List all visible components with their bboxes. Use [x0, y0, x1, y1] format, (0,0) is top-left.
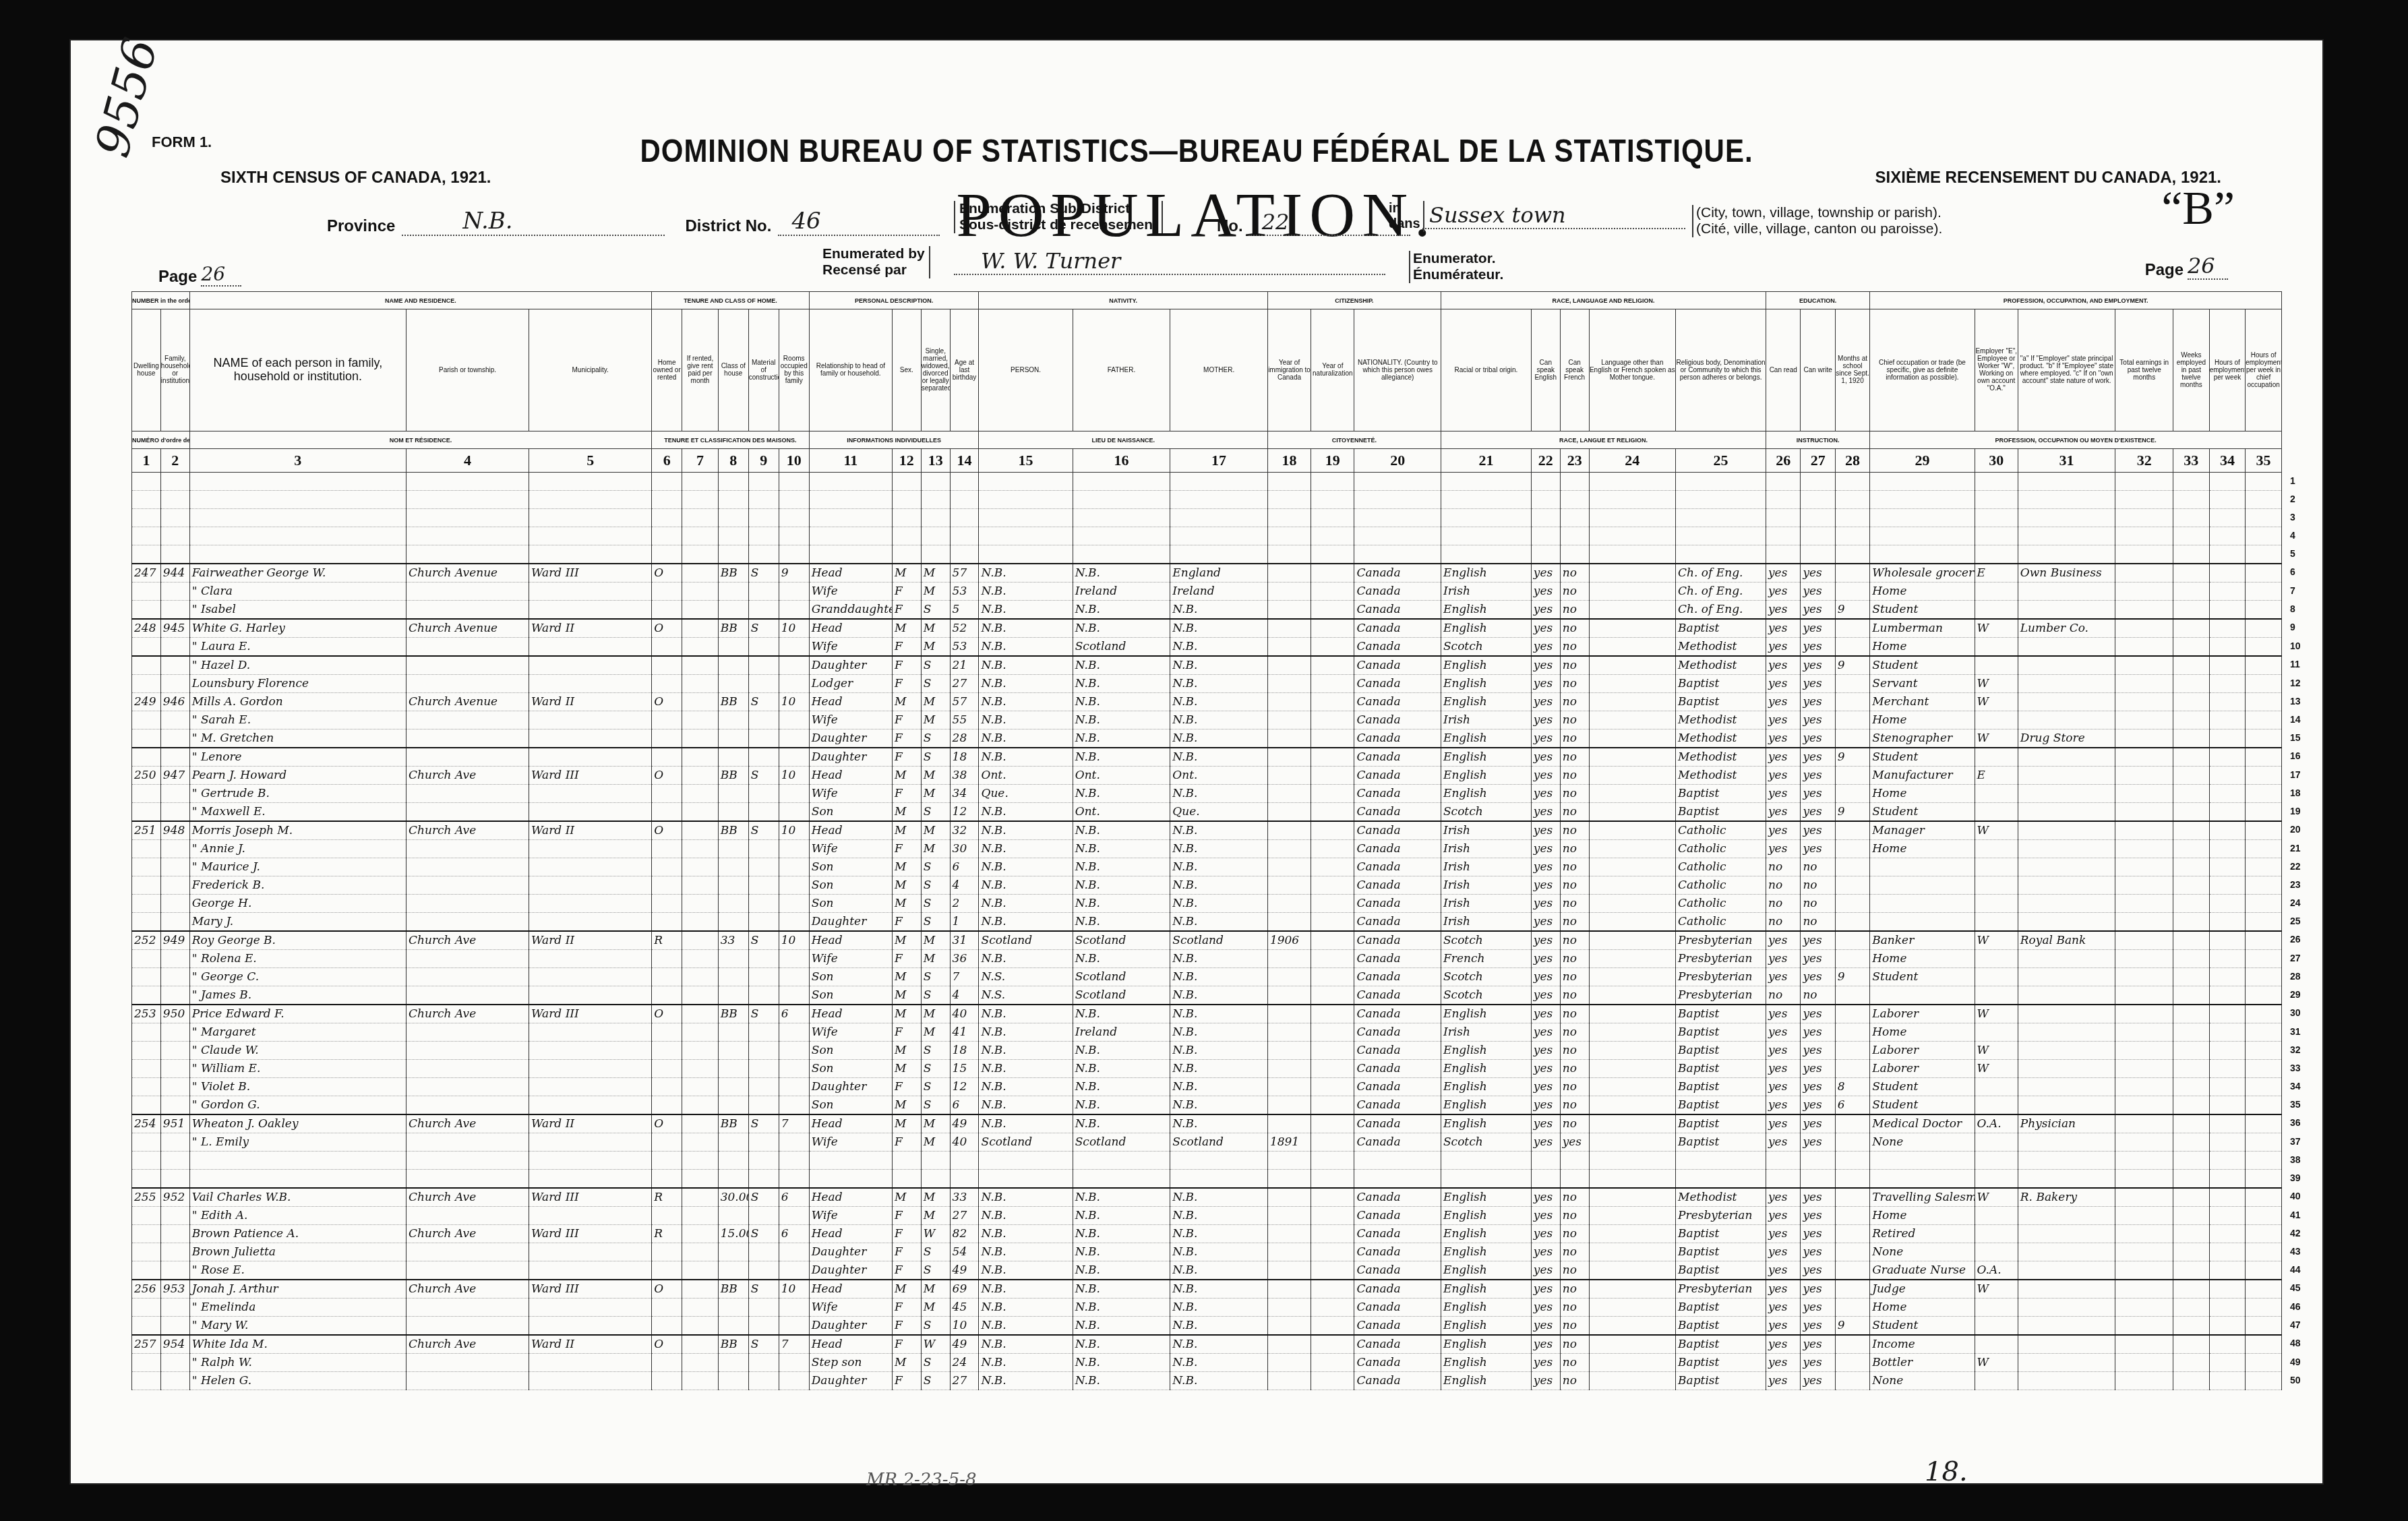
- cell-tenure: [652, 1261, 682, 1280]
- column-number: 21: [1441, 449, 1531, 473]
- cell-occ: Student: [1870, 748, 1975, 767]
- cell-pob: N.B.: [979, 1317, 1073, 1336]
- cell-mar: M: [921, 1133, 950, 1152]
- cell-mar: S: [921, 1354, 950, 1372]
- cell-mlang: [1589, 1335, 1676, 1354]
- cell-mar: S: [921, 1042, 950, 1060]
- cell-name: " Gertrude B.: [189, 785, 406, 803]
- cell-pobf: N.B.: [1073, 729, 1170, 748]
- cell-earn: [2115, 1096, 2173, 1115]
- cell-muni: [529, 473, 652, 491]
- cell-mat: [748, 1261, 779, 1280]
- cell-mlang: [1589, 1299, 1676, 1317]
- cell-sex: M: [892, 968, 921, 986]
- cell-write: yes: [1801, 1299, 1835, 1317]
- cell-where: [2018, 545, 2115, 564]
- cell-race: English: [1441, 1243, 1531, 1261]
- cell-hours: [2209, 564, 2246, 583]
- cell-pobm: Ireland: [1170, 583, 1268, 601]
- cell-rel: Daughter: [809, 1372, 892, 1390]
- column-number: 19: [1311, 449, 1354, 473]
- cell-mat: S: [748, 931, 779, 950]
- cell-street: Church Ave: [407, 931, 529, 950]
- cell-emp: W: [1975, 931, 2018, 950]
- cell-fr: no: [1560, 1114, 1589, 1133]
- cell-mat: [748, 583, 779, 601]
- cell-imm: [1267, 1354, 1311, 1372]
- cell-age: 5: [950, 601, 979, 620]
- cell-imm: [1267, 509, 1311, 527]
- cell-muni: [529, 840, 652, 858]
- cell-sch: [1835, 840, 1869, 858]
- cell-rel-body: Ch. of Eng.: [1676, 601, 1766, 620]
- cell-earn: [2115, 803, 2173, 822]
- cell-eng: yes: [1531, 913, 1560, 932]
- cell-cls: [718, 1299, 748, 1317]
- cell-age: 4: [950, 986, 979, 1005]
- cell-emp: E: [1975, 767, 2018, 785]
- cell-nat: Canada: [1354, 1317, 1441, 1336]
- cell-rel-body: [1676, 545, 1766, 564]
- cell-fam: [160, 986, 189, 1005]
- cell-hours: [2209, 601, 2246, 620]
- cell-cls: [718, 491, 748, 509]
- cell-mlang: [1589, 1243, 1676, 1261]
- cell-tenure: [652, 1023, 682, 1042]
- cell-muni: [529, 895, 652, 913]
- line-number: 15: [2290, 732, 2301, 743]
- cell-mat: [748, 1152, 779, 1170]
- cell-rooms: 7: [779, 1114, 809, 1133]
- cell-earn: [2115, 1023, 2173, 1042]
- cell-tenure: [652, 1299, 682, 1317]
- cell-read: no: [1766, 895, 1801, 913]
- cell-mar: S: [921, 895, 950, 913]
- cell-natz: [1311, 913, 1354, 932]
- cell-street: [407, 913, 529, 932]
- cell-race: [1441, 509, 1531, 527]
- cell-cls: BB: [718, 1335, 748, 1354]
- cell-where: [2018, 1005, 2115, 1023]
- cell-nat: Canada: [1354, 803, 1441, 822]
- cell-hours2: [2246, 821, 2282, 840]
- cell-earn: [2115, 564, 2173, 583]
- cell-hours: [2209, 711, 2246, 729]
- cell-rooms: [779, 1078, 809, 1096]
- cell-emp: W: [1975, 675, 2018, 693]
- cell-hours: [2209, 656, 2246, 675]
- line-number: 40: [2290, 1191, 2301, 1201]
- cell-rent: [682, 527, 719, 545]
- cell-sex: [892, 527, 921, 545]
- cell-name: [189, 509, 406, 527]
- cell-sex: M: [892, 564, 921, 583]
- cell-rel: Son: [809, 858, 892, 876]
- cell-write: yes: [1801, 656, 1835, 675]
- cell-race: English: [1441, 1078, 1531, 1096]
- cell-mar: [921, 509, 950, 527]
- cell-mar: [921, 491, 950, 509]
- cell-mlang: [1589, 1096, 1676, 1115]
- cell-occ: [1870, 509, 1975, 527]
- cell-eng: yes: [1531, 1060, 1560, 1078]
- cell-tenure: [652, 840, 682, 858]
- cell-age: [950, 1152, 979, 1170]
- cell-mar: [921, 1170, 950, 1189]
- cell-fam: 951: [160, 1114, 189, 1133]
- table-row: " Maxwell E.SonMS12N.B.Ont.Que.CanadaSco…: [132, 803, 2282, 822]
- cell-nat: Canada: [1354, 1261, 1441, 1280]
- cell-hours: [2209, 638, 2246, 657]
- cell-nat: Canada: [1354, 895, 1441, 913]
- line-number: 37: [2290, 1136, 2301, 1147]
- cell-mat: [748, 473, 779, 491]
- cell-rel: Head: [809, 1280, 892, 1299]
- cell-mar: S: [921, 1243, 950, 1261]
- cell-name: " Gordon G.: [189, 1096, 406, 1115]
- cell-cls: 30.00: [718, 1188, 748, 1207]
- cell-nat: Canada: [1354, 1133, 1441, 1152]
- cell-weeks: [2173, 1096, 2210, 1115]
- cell-hours2: [2246, 1152, 2282, 1170]
- cell-read: [1766, 1152, 1801, 1170]
- cell-muni: [529, 729, 652, 748]
- cell-write: yes: [1801, 950, 1835, 968]
- cell-hours: [2209, 748, 2246, 767]
- table-row: " Helen G.DaughterFS27N.B.N.B.N.B.Canada…: [132, 1372, 2282, 1390]
- cell-name: Frederick B.: [189, 876, 406, 895]
- cell-read: no: [1766, 986, 1801, 1005]
- cell-hours2: [2246, 1317, 2282, 1336]
- cell-cls: [718, 1060, 748, 1078]
- cell-street: [407, 1354, 529, 1372]
- cell-hours: [2209, 1023, 2246, 1042]
- cell-write: no: [1801, 858, 1835, 876]
- cell-street: [407, 545, 529, 564]
- cell-hours2: [2246, 803, 2282, 822]
- cell-fr: no: [1560, 1096, 1589, 1115]
- cell-write: yes: [1801, 1023, 1835, 1042]
- table-row: [132, 491, 2282, 509]
- line-number: 45: [2290, 1282, 2301, 1293]
- cell-rel-body: Presbyterian: [1676, 986, 1766, 1005]
- cell-weeks: [2173, 1023, 2210, 1042]
- cell-earn: [2115, 1042, 2173, 1060]
- cell-muni: Ward III: [529, 1280, 652, 1299]
- table-row: 248945White G. HarleyChurch AvenueWard I…: [132, 619, 2282, 638]
- place-hint: (City, town, village, township or parish…: [1692, 205, 1942, 237]
- cell-weeks: [2173, 675, 2210, 693]
- cell-emp: [1975, 1023, 2018, 1042]
- cell-cls: [718, 803, 748, 822]
- table-row: " Gertrude B.WifeFM34Que.N.B.N.B.CanadaE…: [132, 785, 2282, 803]
- cell-rel: Wife: [809, 840, 892, 858]
- cell-pobm: N.B.: [1170, 711, 1268, 729]
- cell-fam: 952: [160, 1188, 189, 1207]
- cell-race: Scotch: [1441, 638, 1531, 657]
- cell-hours: [2209, 785, 2246, 803]
- cell-sex: F: [892, 1225, 921, 1243]
- cell-hours2: [2246, 564, 2282, 583]
- cell-tenure: O: [652, 693, 682, 711]
- cell-imm: [1267, 1225, 1311, 1243]
- cell-pob: N.B.: [979, 1299, 1073, 1317]
- cell-cls: [718, 509, 748, 527]
- section-number: NUMBER in the order of visitation: [132, 292, 190, 309]
- cell-fam: 945: [160, 619, 189, 638]
- cell-nat: Canada: [1354, 913, 1441, 932]
- cell-pobm: N.B.: [1170, 748, 1268, 767]
- table-row: " Edith A.WifeFM27N.B.N.B.N.B.CanadaEngl…: [132, 1207, 2282, 1225]
- cell-muni: [529, 491, 652, 509]
- cell-pobm: N.B.: [1170, 1299, 1268, 1317]
- cell-hours: [2209, 1207, 2246, 1225]
- cell-name: " Ralph W.: [189, 1354, 406, 1372]
- cell-mar: S: [921, 729, 950, 748]
- cell-earn: [2115, 1078, 2173, 1096]
- cell-eng: yes: [1531, 693, 1560, 711]
- cell-fr: no: [1560, 1280, 1589, 1299]
- cell-age: 24: [950, 1354, 979, 1372]
- cell-rel-body: Presbyterian: [1676, 1280, 1766, 1299]
- cell-earn: [2115, 913, 2173, 932]
- cell-street: [407, 1317, 529, 1336]
- cell-dwelling: [132, 638, 161, 657]
- cell-write: yes: [1801, 1133, 1835, 1152]
- cell-dwelling: 257: [132, 1335, 161, 1354]
- cell-nat: Canada: [1354, 821, 1441, 840]
- cell-fam: [160, 1096, 189, 1115]
- cell-rent: [682, 583, 719, 601]
- cell-sch: [1835, 1133, 1869, 1152]
- cell-mat: [748, 545, 779, 564]
- cell-where: [2018, 895, 2115, 913]
- cell-rent: [682, 619, 719, 638]
- cell-street: [407, 1261, 529, 1280]
- cell-dwelling: [132, 491, 161, 509]
- table-row: George H.SonMS2N.B.N.B.N.B.CanadaIrishye…: [132, 895, 2282, 913]
- cell-eng: yes: [1531, 895, 1560, 913]
- cell-hours2: [2246, 1335, 2282, 1354]
- cell-imm: [1267, 1243, 1311, 1261]
- cell-eng: [1531, 1152, 1560, 1170]
- cell-rent: [682, 1188, 719, 1207]
- cell-dwelling: [132, 913, 161, 932]
- cell-fr: no: [1560, 1372, 1589, 1390]
- cell-write: [1801, 545, 1835, 564]
- cell-dwelling: 253: [132, 1005, 161, 1023]
- cell-hours: [2209, 767, 2246, 785]
- cell-cls: [718, 583, 748, 601]
- cell-mlang: [1589, 1042, 1676, 1060]
- cell-read: yes: [1766, 711, 1801, 729]
- cell-name: " Maurice J.: [189, 858, 406, 876]
- cell-race: Scotch: [1441, 968, 1531, 986]
- cell-mlang: [1589, 821, 1676, 840]
- cell-street: [407, 968, 529, 986]
- cell-race: Scotch: [1441, 986, 1531, 1005]
- cell-fr: no: [1560, 693, 1589, 711]
- cell-hours2: [2246, 895, 2282, 913]
- cell-mat: [748, 785, 779, 803]
- cell-cls: [718, 527, 748, 545]
- cell-eng: yes: [1531, 1225, 1560, 1243]
- cell-hours2: [2246, 527, 2282, 545]
- cell-fam: [160, 729, 189, 748]
- column-number: 26: [1766, 449, 1801, 473]
- cell-eng: yes: [1531, 1133, 1560, 1152]
- cell-age: 27: [950, 1372, 979, 1390]
- cell-pobf: N.B.: [1073, 1335, 1170, 1354]
- cell-dwelling: [132, 950, 161, 968]
- cell-mlang: [1589, 1317, 1676, 1336]
- cell-nat: Canada: [1354, 638, 1441, 657]
- section-personal: PERSONAL DESCRIPTION.: [809, 292, 979, 309]
- cell-weeks: [2173, 1042, 2210, 1060]
- cell-muni: Ward III: [529, 1005, 652, 1023]
- cell-where: [2018, 803, 2115, 822]
- cell-mar: S: [921, 803, 950, 822]
- cell-earn: [2115, 895, 2173, 913]
- cell-occ: [1870, 545, 1975, 564]
- cell-mar: S: [921, 1372, 950, 1390]
- cell-mar: S: [921, 1261, 950, 1280]
- cell-race: [1441, 545, 1531, 564]
- cell-eng: yes: [1531, 1280, 1560, 1299]
- cell-rel-body: [1676, 473, 1766, 491]
- cell-emp: [1975, 1225, 2018, 1243]
- cell-where: [2018, 1207, 2115, 1225]
- cell-name: [189, 1152, 406, 1170]
- cell-sch: [1835, 1023, 1869, 1042]
- cell-occ: Merchant: [1870, 693, 1975, 711]
- cell-muni: [529, 638, 652, 657]
- cell-natz: [1311, 1243, 1354, 1261]
- cell-where: [2018, 656, 2115, 675]
- cell-pobm: N.B.: [1170, 1243, 1268, 1261]
- cell-muni: Ward II: [529, 693, 652, 711]
- cell-dwelling: [132, 895, 161, 913]
- cell-eng: yes: [1531, 1317, 1560, 1336]
- cell-where: [2018, 583, 2115, 601]
- line-number: 43: [2290, 1246, 2301, 1257]
- cell-read: yes: [1766, 1042, 1801, 1060]
- cell-occ: [1870, 913, 1975, 932]
- cell-pobm: N.B.: [1170, 1335, 1268, 1354]
- cell-pobf: [1073, 491, 1170, 509]
- cell-mlang: [1589, 693, 1676, 711]
- cell-imm: [1267, 968, 1311, 986]
- cell-natz: [1311, 583, 1354, 601]
- cell-weeks: [2173, 840, 2210, 858]
- cell-read: yes: [1766, 748, 1801, 767]
- cell-earn: [2115, 858, 2173, 876]
- cell-pobf: Scotland: [1073, 638, 1170, 657]
- cell-eng: yes: [1531, 876, 1560, 895]
- cell-pobf: Ont.: [1073, 803, 1170, 822]
- cell-street: [407, 601, 529, 620]
- cell-dwelling: 254: [132, 1114, 161, 1133]
- cell-hours: [2209, 1152, 2246, 1170]
- cell-pob: N.B.: [979, 748, 1073, 767]
- cell-rel: Daughter: [809, 656, 892, 675]
- cell-emp: [1975, 1170, 2018, 1189]
- cell-rooms: 10: [779, 693, 809, 711]
- cell-sch: [1835, 1261, 1869, 1280]
- cell-rel-body: Baptist: [1676, 1317, 1766, 1336]
- cell-emp: [1975, 748, 2018, 767]
- cell-rel: Head: [809, 619, 892, 638]
- cell-mar: S: [921, 858, 950, 876]
- cell-emp: [1975, 1372, 2018, 1390]
- line-number: 6: [2290, 566, 2295, 577]
- cell-weeks: [2173, 1188, 2210, 1207]
- table-row: " Hazel D.DaughterFS21N.B.N.B.N.B.Canada…: [132, 656, 2282, 675]
- cell-mar: [921, 545, 950, 564]
- cell-rooms: [779, 729, 809, 748]
- cell-hours: [2209, 1005, 2246, 1023]
- table-row: 253950Price Edward F.Church AveWard IIIO…: [132, 1005, 2282, 1023]
- table-row: 252949Roy George B.Church AveWard IIR33S…: [132, 931, 2282, 950]
- table-row: " Rolena E.WifeFM36N.B.N.B.N.B.CanadaFre…: [132, 950, 2282, 968]
- cell-sex: F: [892, 1335, 921, 1354]
- cell-natz: [1311, 1078, 1354, 1096]
- cell-nat: Canada: [1354, 767, 1441, 785]
- cell-earn: [2115, 729, 2173, 748]
- cell-fr: no: [1560, 1225, 1589, 1243]
- cell-rent: [682, 1280, 719, 1299]
- cell-hours2: [2246, 638, 2282, 657]
- cell-age: 30: [950, 840, 979, 858]
- cell-emp: [1975, 1152, 2018, 1170]
- cell-fr: [1560, 1152, 1589, 1170]
- cell-sex: M: [892, 803, 921, 822]
- cell-read: yes: [1766, 564, 1801, 583]
- cell-occ: [1870, 858, 1975, 876]
- cell-imm: [1267, 986, 1311, 1005]
- cell-name: " Edith A.: [189, 1207, 406, 1225]
- cell-earn: [2115, 711, 2173, 729]
- cell-rooms: 10: [779, 767, 809, 785]
- cell-fr: no: [1560, 913, 1589, 932]
- cell-occ: Student: [1870, 656, 1975, 675]
- cell-rel-body: Baptist: [1676, 1114, 1766, 1133]
- cell-fam: [160, 1299, 189, 1317]
- column-number: 34: [2209, 449, 2246, 473]
- cell-write: yes: [1801, 1114, 1835, 1133]
- cell-fr: [1560, 509, 1589, 527]
- cell-fam: [160, 1152, 189, 1170]
- cell-hours2: [2246, 1225, 2282, 1243]
- cell-rel-body: Methodist: [1676, 729, 1766, 748]
- column-number: 12: [892, 449, 921, 473]
- cell-rel: Wife: [809, 1207, 892, 1225]
- cell-rooms: [779, 1023, 809, 1042]
- cell-where: [2018, 1243, 2115, 1261]
- cell-mar: M: [921, 1280, 950, 1299]
- cell-dwelling: [132, 601, 161, 620]
- cell-cls: [718, 950, 748, 968]
- cell-pobm: N.B.: [1170, 840, 1268, 858]
- cell-imm: [1267, 1096, 1311, 1115]
- cell-rel-body: [1676, 1152, 1766, 1170]
- cell-emp: [1975, 1299, 2018, 1317]
- subdistrict-number-field: No. 22: [1217, 209, 1410, 236]
- cell-where: [2018, 1372, 2115, 1390]
- cell-race: English: [1441, 675, 1531, 693]
- cell-mar: M: [921, 785, 950, 803]
- cell-race: [1441, 1152, 1531, 1170]
